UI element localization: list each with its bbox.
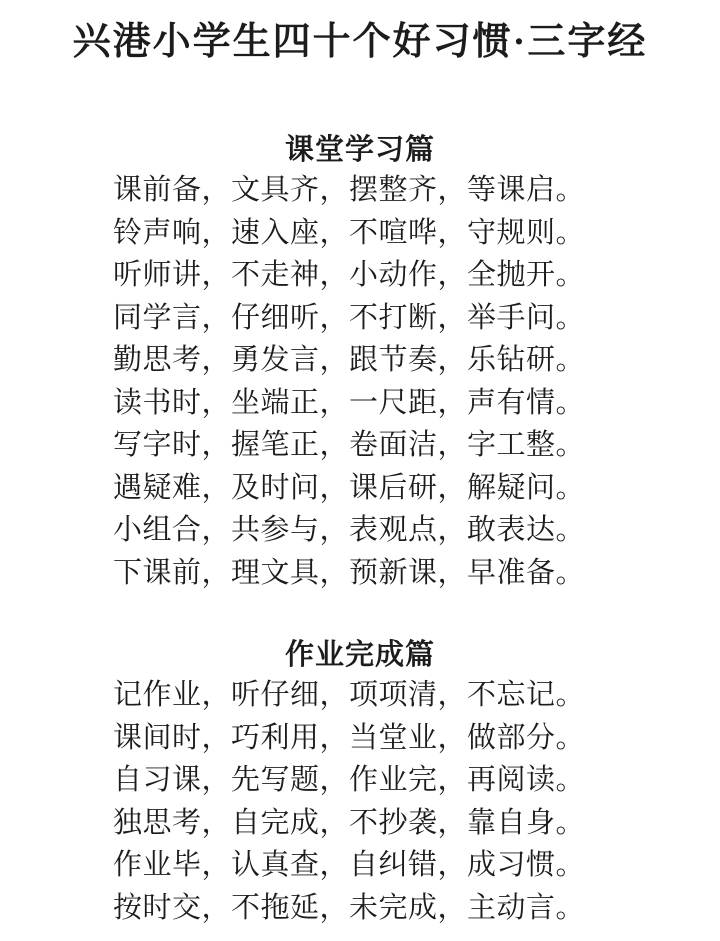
section-classroom-learning: 课堂学习篇 课前备，文具齐，摆整齐，等课启。 铃声响，速入座，不喧哗，守规则。 … [0, 133, 720, 594]
verse-line: 下课前，理文具，预新课，早准备。 [113, 552, 720, 595]
verse-line: 作业毕，认真查，自纠错，成习惯。 [113, 844, 720, 887]
section-heading-homework-completion: 作业完成篇 [0, 638, 720, 672]
verse-line: 自习课，先写题，作业完，再阅读。 [113, 759, 720, 802]
verse-line: 同学言，仔细听，不打断，举手问。 [113, 297, 720, 340]
verse-line: 听师讲，不走神，小动作，全抛开。 [113, 254, 720, 297]
document-page: 兴港小学生四十个好习惯·三字经 课堂学习篇 课前备，文具齐，摆整齐，等课启。 铃… [0, 0, 720, 941]
verse-line: 记作业，听仔细，项项清，不忘记。 [113, 674, 720, 717]
verse-line: 小组合，共参与，表观点，敢表达。 [113, 509, 720, 552]
verse-line: 读书时，坐端正，一尺距，声有情。 [113, 382, 720, 425]
verse-line: 铃声响，速入座，不喧哗，守规则。 [113, 212, 720, 255]
verse-line: 写字时，握笔正，卷面洁，字工整。 [113, 424, 720, 467]
verse-line: 课前备，文具齐，摆整齐，等课启。 [113, 169, 720, 212]
section-homework-completion: 作业完成篇 记作业，听仔细，项项清，不忘记。 课间时，巧利用，当堂业，做部分。 … [0, 638, 720, 929]
page-title: 兴港小学生四十个好习惯·三字经 [0, 0, 720, 63]
verse-lines-homework: 记作业，听仔细，项项清，不忘记。 课间时，巧利用，当堂业，做部分。 自习课，先写… [113, 674, 720, 929]
section-heading-classroom-learning: 课堂学习篇 [0, 133, 720, 167]
verse-line: 按时交，不拖延，未完成，主动言。 [113, 887, 720, 930]
verse-lines-classroom: 课前备，文具齐，摆整齐，等课启。 铃声响，速入座，不喧哗，守规则。 听师讲，不走… [113, 169, 720, 594]
verse-line: 遇疑难，及时问，课后研，解疑问。 [113, 467, 720, 510]
verse-line: 课间时，巧利用，当堂业，做部分。 [113, 717, 720, 760]
verse-line: 勤思考，勇发言，跟节奏，乐钻研。 [113, 339, 720, 382]
verse-line: 独思考，自完成，不抄袭，靠自身。 [113, 802, 720, 845]
